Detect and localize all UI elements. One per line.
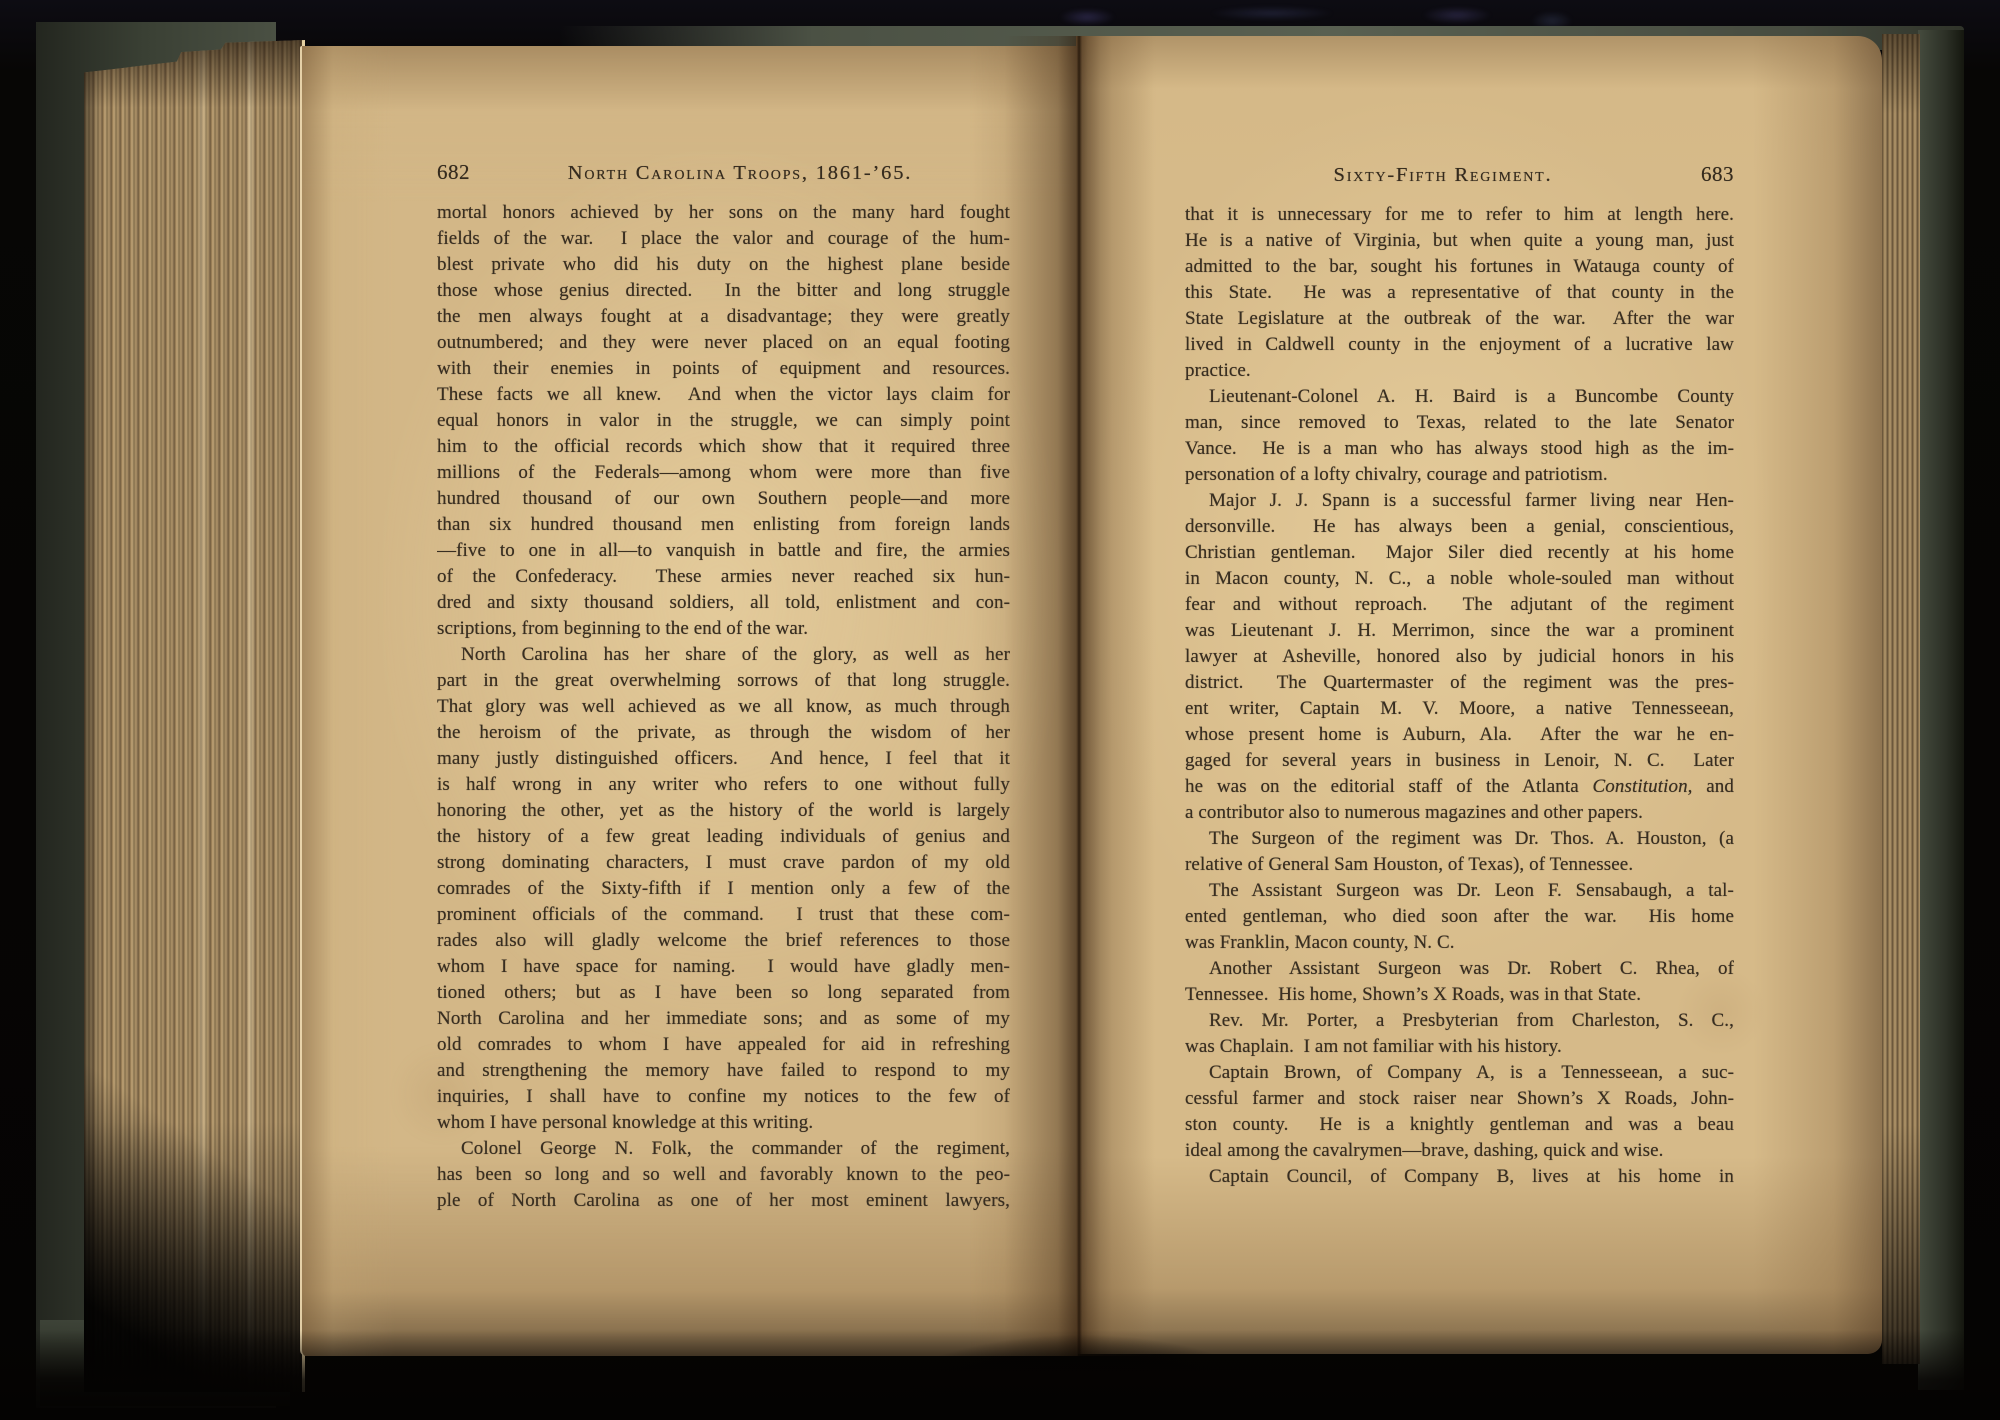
text-line: ent writer, Captain M. V. Moore, a nativ… [1185,696,1734,722]
text-line: State Legislature at the outbreak of the… [1185,306,1734,332]
text-line: strong dominating characters, I must cra… [437,850,1010,876]
right-running-title: Sixty-Fifth Regiment. [1185,164,1701,187]
text-line: ideal among the cavalrymen—brave, dashin… [1185,1138,1734,1164]
text-line: relative of General Sam Houston, of Texa… [1185,852,1734,878]
text-line: The Assistant Surgeon was Dr. Leon F. Se… [1185,878,1734,904]
text-line: equal honors in valor in the struggle, w… [437,408,1010,434]
text-line: Vance. He is a man who has always stood … [1185,436,1734,462]
text-line: was Chaplain. I am not familiar with his… [1185,1034,1734,1060]
text-line: Tennessee. His home, Shown’s X Roads, wa… [1185,982,1734,1008]
text-line: Colonel George N. Folk, the commander of… [437,1136,1010,1162]
text-line: district. The Quartermaster of the regim… [1185,670,1734,696]
text-line: the heroism of the private, as through t… [437,720,1010,746]
text-line: this State. He was a representative of t… [1185,280,1734,306]
text-line: Captain Council, of Company B, lives at … [1185,1164,1734,1190]
text-line: Captain Brown, of Company A, is a Tennes… [1185,1060,1734,1086]
text-line: millions of the Federals—among whom were… [437,460,1010,486]
text-line: ston county. He is a knightly gentleman … [1185,1112,1734,1138]
text-line: of the Confederacy. These armies never r… [437,564,1010,590]
right-page-number: 683 [1701,162,1734,187]
text-line: is half wrong in any writer who refers t… [437,772,1010,798]
text-line: Lieutenant-Colonel A. H. Baird is a Bunc… [1185,384,1734,410]
text-line: dersonville. He has always been a genial… [1185,514,1734,540]
text-line: North Carolina and her immediate sons; a… [437,1006,1010,1032]
text-line: that it is unnecessary for me to refer t… [1185,202,1734,228]
text-line: comrades of the Sixty-fifth if I mention… [437,876,1010,902]
text-line: ented gentleman, who died soon after the… [1185,904,1734,930]
left-page-body: mortal honors achieved by her sons on th… [437,200,1010,1214]
text-line: the men always fought at a disadvantage;… [437,304,1010,330]
text-line: Rev. Mr. Porter, a Presbyterian from Cha… [1185,1008,1734,1034]
text-line: part in the great overwhelming sorrows o… [437,668,1010,694]
text-line: mortal honors achieved by her sons on th… [437,200,1010,226]
page-stack-left [84,40,305,1392]
text-line: Another Assistant Surgeon was Dr. Robert… [1185,956,1734,982]
left-page-text: 682 North Carolina Troops, 1861-’65. mor… [437,160,1010,1214]
text-line: rades also will gladly welcome the brief… [437,928,1010,954]
text-line: honoring the other, yet as the history o… [437,798,1010,824]
left-running-head: 682 North Carolina Troops, 1861-’65. [437,160,1010,186]
text-line: cessful farmer and stock raiser near Sho… [1185,1086,1734,1112]
text-line: blest private who did his duty on the hi… [437,252,1010,278]
page-stack-right [1882,34,1920,1364]
gutter-shadow [1004,36,1154,1356]
text-line: whom I have space for naming. I would ha… [437,954,1010,980]
text-line: man, since removed to Texas, related to … [1185,410,1734,436]
right-page-body: that it is unnecessary for me to refer t… [1185,202,1734,1190]
text-line: Christian gentleman. Major Siler died re… [1185,540,1734,566]
text-line: was Franklin, Macon county, N. C. [1185,930,1734,956]
text-line: Major J. J. Spann is a successful farmer… [1185,488,1734,514]
left-running-title: North Carolina Troops, 1861-’65. [470,162,1010,185]
text-line: whose present home is Auburn, Ala. After… [1185,722,1734,748]
bottom-vignette [0,1330,2000,1420]
text-line: was Lieutenant J. H. Merrimon, since the… [1185,618,1734,644]
text-line: fear and without reproach. The adjutant … [1185,592,1734,618]
text-line: inquiries, I shall have to confine my no… [437,1084,1010,1110]
book-cover-right-edge [1918,30,1964,1390]
open-book-photo: 682 North Carolina Troops, 1861-’65. mor… [0,0,2000,1420]
left-page-number: 682 [437,160,470,185]
text-line: those whose genius directed. In the bitt… [437,278,1010,304]
text-line: outnumbered; and they were never placed … [437,330,1010,356]
text-line: dred and sixty thousand soldiers, all to… [437,590,1010,616]
text-line: admitted to the bar, sought his fortunes… [1185,254,1734,280]
text-line: whom I have personal knowledge at this w… [437,1110,1010,1136]
text-line: —five to one in all—to vanquish in battl… [437,538,1010,564]
text-line: That glory was well achieved as we all k… [437,694,1010,720]
text-line: many justly distinguished officers. And … [437,746,1010,772]
text-line: has been so long and so well and favorab… [437,1162,1010,1188]
text-line: in Macon county, N. C., a noble whole-so… [1185,566,1734,592]
text-line: old comrades to whom I have appealed for… [437,1032,1010,1058]
text-line: personation of a lofty chivalry, courage… [1185,462,1734,488]
text-line: the history of a few great leading indiv… [437,824,1010,850]
text-line: scriptions, from beginning to the end of… [437,616,1010,642]
text-line: North Carolina has her share of the glor… [437,642,1010,668]
text-line: hundred thousand of our own Southern peo… [437,486,1010,512]
text-line: a contributor also to numerous magazines… [1185,800,1734,826]
text-line: gaged for several years in business in L… [1185,748,1734,774]
right-page-text: Sixty-Fifth Regiment. 683 that it is unn… [1185,162,1734,1190]
text-line: tioned others; but as I have been so lon… [437,980,1010,1006]
text-line: The Surgeon of the regiment was Dr. Thos… [1185,826,1734,852]
text-line: ple of North Carolina as one of her most… [437,1188,1010,1214]
text-line: than six hundred thousand men enlisting … [437,512,1010,538]
text-line: fields of the war. I place the valor and… [437,226,1010,252]
text-line: These facts we all knew. And when the vi… [437,382,1010,408]
text-line: lived in Caldwell county in the enjoymen… [1185,332,1734,358]
text-line: and strengthening the memory have failed… [437,1058,1010,1084]
text-line: practice. [1185,358,1734,384]
text-line: prominent officials of the command. I tr… [437,902,1010,928]
text-line: he was on the editorial staff of the Atl… [1185,774,1734,800]
text-line: lawyer at Asheville, honored also by jud… [1185,644,1734,670]
text-line: him to the official records which show t… [437,434,1010,460]
text-line: He is a native of Virginia, but when qui… [1185,228,1734,254]
right-running-head: Sixty-Fifth Regiment. 683 [1185,162,1734,188]
text-line: with their enemies in points of equipmen… [437,356,1010,382]
